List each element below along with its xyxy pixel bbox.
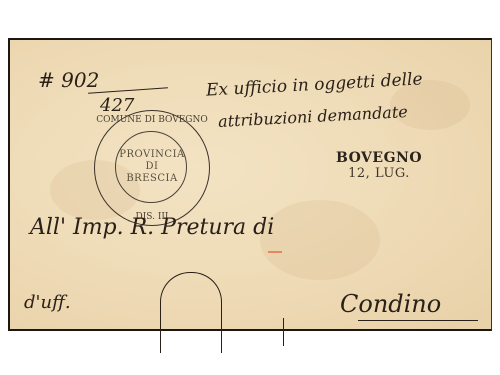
red-mark bbox=[268, 251, 282, 253]
seal-ring-top-text: COMUNE DI BOVEGNO bbox=[95, 115, 209, 125]
seal-center-line2: DI bbox=[95, 161, 209, 172]
reference-denominator: 427 bbox=[100, 95, 134, 116]
footer-note: d'uff. bbox=[24, 292, 71, 313]
postal-cover: # 902 427 Ex ufficio in oggetti delle at… bbox=[8, 38, 492, 331]
seal-center-line3: BRESCIA bbox=[95, 173, 209, 184]
paper-stain bbox=[260, 200, 380, 280]
signature-stroke bbox=[283, 318, 284, 346]
reference-divider bbox=[88, 87, 168, 94]
address-line1: All' Imp. R. Pretura di bbox=[30, 215, 274, 240]
destination-underline bbox=[358, 320, 478, 321]
postmark-town: BOVEGNO bbox=[336, 150, 422, 166]
municipal-seal: COMUNE DI BOVEGNO PROVINCIA DI BRESCIA D… bbox=[94, 110, 210, 226]
signature-flourish bbox=[160, 272, 222, 353]
official-note-line2: attribuzioni demandate bbox=[218, 102, 409, 131]
address-destination: Condino bbox=[340, 290, 441, 318]
reference-number: # 902 bbox=[38, 68, 99, 92]
official-note-line1: Ex ufficio in oggetti delle bbox=[206, 69, 423, 100]
postmark-date: 12, LUG. bbox=[336, 166, 422, 181]
town-postmark: BOVEGNO 12, LUG. bbox=[336, 150, 422, 181]
seal-center-line1: PROVINCIA bbox=[95, 149, 209, 160]
